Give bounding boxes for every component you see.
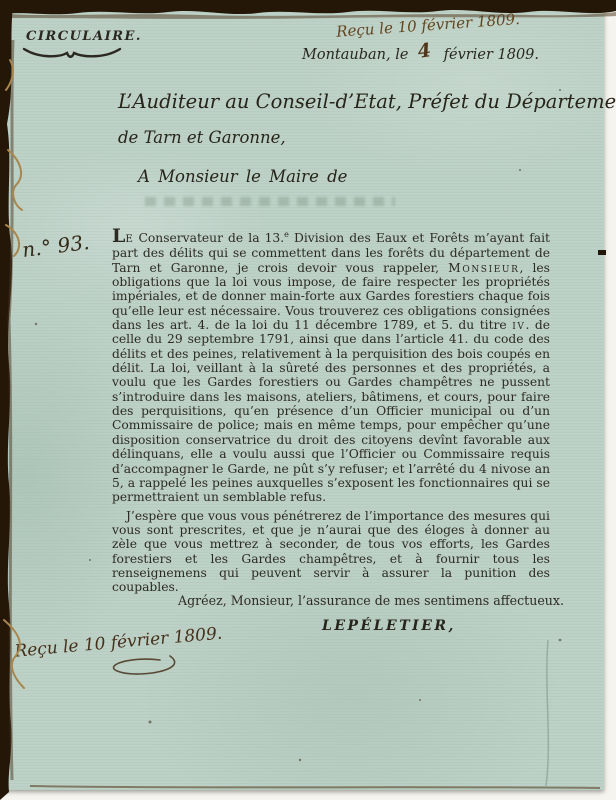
handwritten-day: 4 [417,39,433,63]
paragraph-1: Le Conservateur de la 13.e Division des … [112,227,550,505]
dateline-place: Montauban, le [302,47,408,63]
heading-title-line2: de Tarn et Garonne, [118,128,286,147]
heading-title-line1: L’Auditeur au Conseil-d’Etat, Préfet du … [118,90,588,113]
signature: LEPÉLETIER, [322,618,456,634]
dateline-date: février 1809. [444,47,539,63]
paragraph-2: J’espère que vous vous pénétrerez de l’i… [112,509,550,595]
salutation-line: A Monsieur le Maire de [138,167,347,186]
letter-body: Le Conservateur de la 13.e Division des … [112,227,550,595]
circular-label: CIRCULAIRE. [26,29,142,44]
closing-line: Agréez, Monsieur, l’assurance de mes sen… [178,593,564,608]
faded-stamp-mark [145,197,395,206]
dateline: Montauban, le 4 février 1809. [302,42,539,64]
scan-background: { "colors": { "paper": "#bdd1c7", "print… [0,0,616,800]
